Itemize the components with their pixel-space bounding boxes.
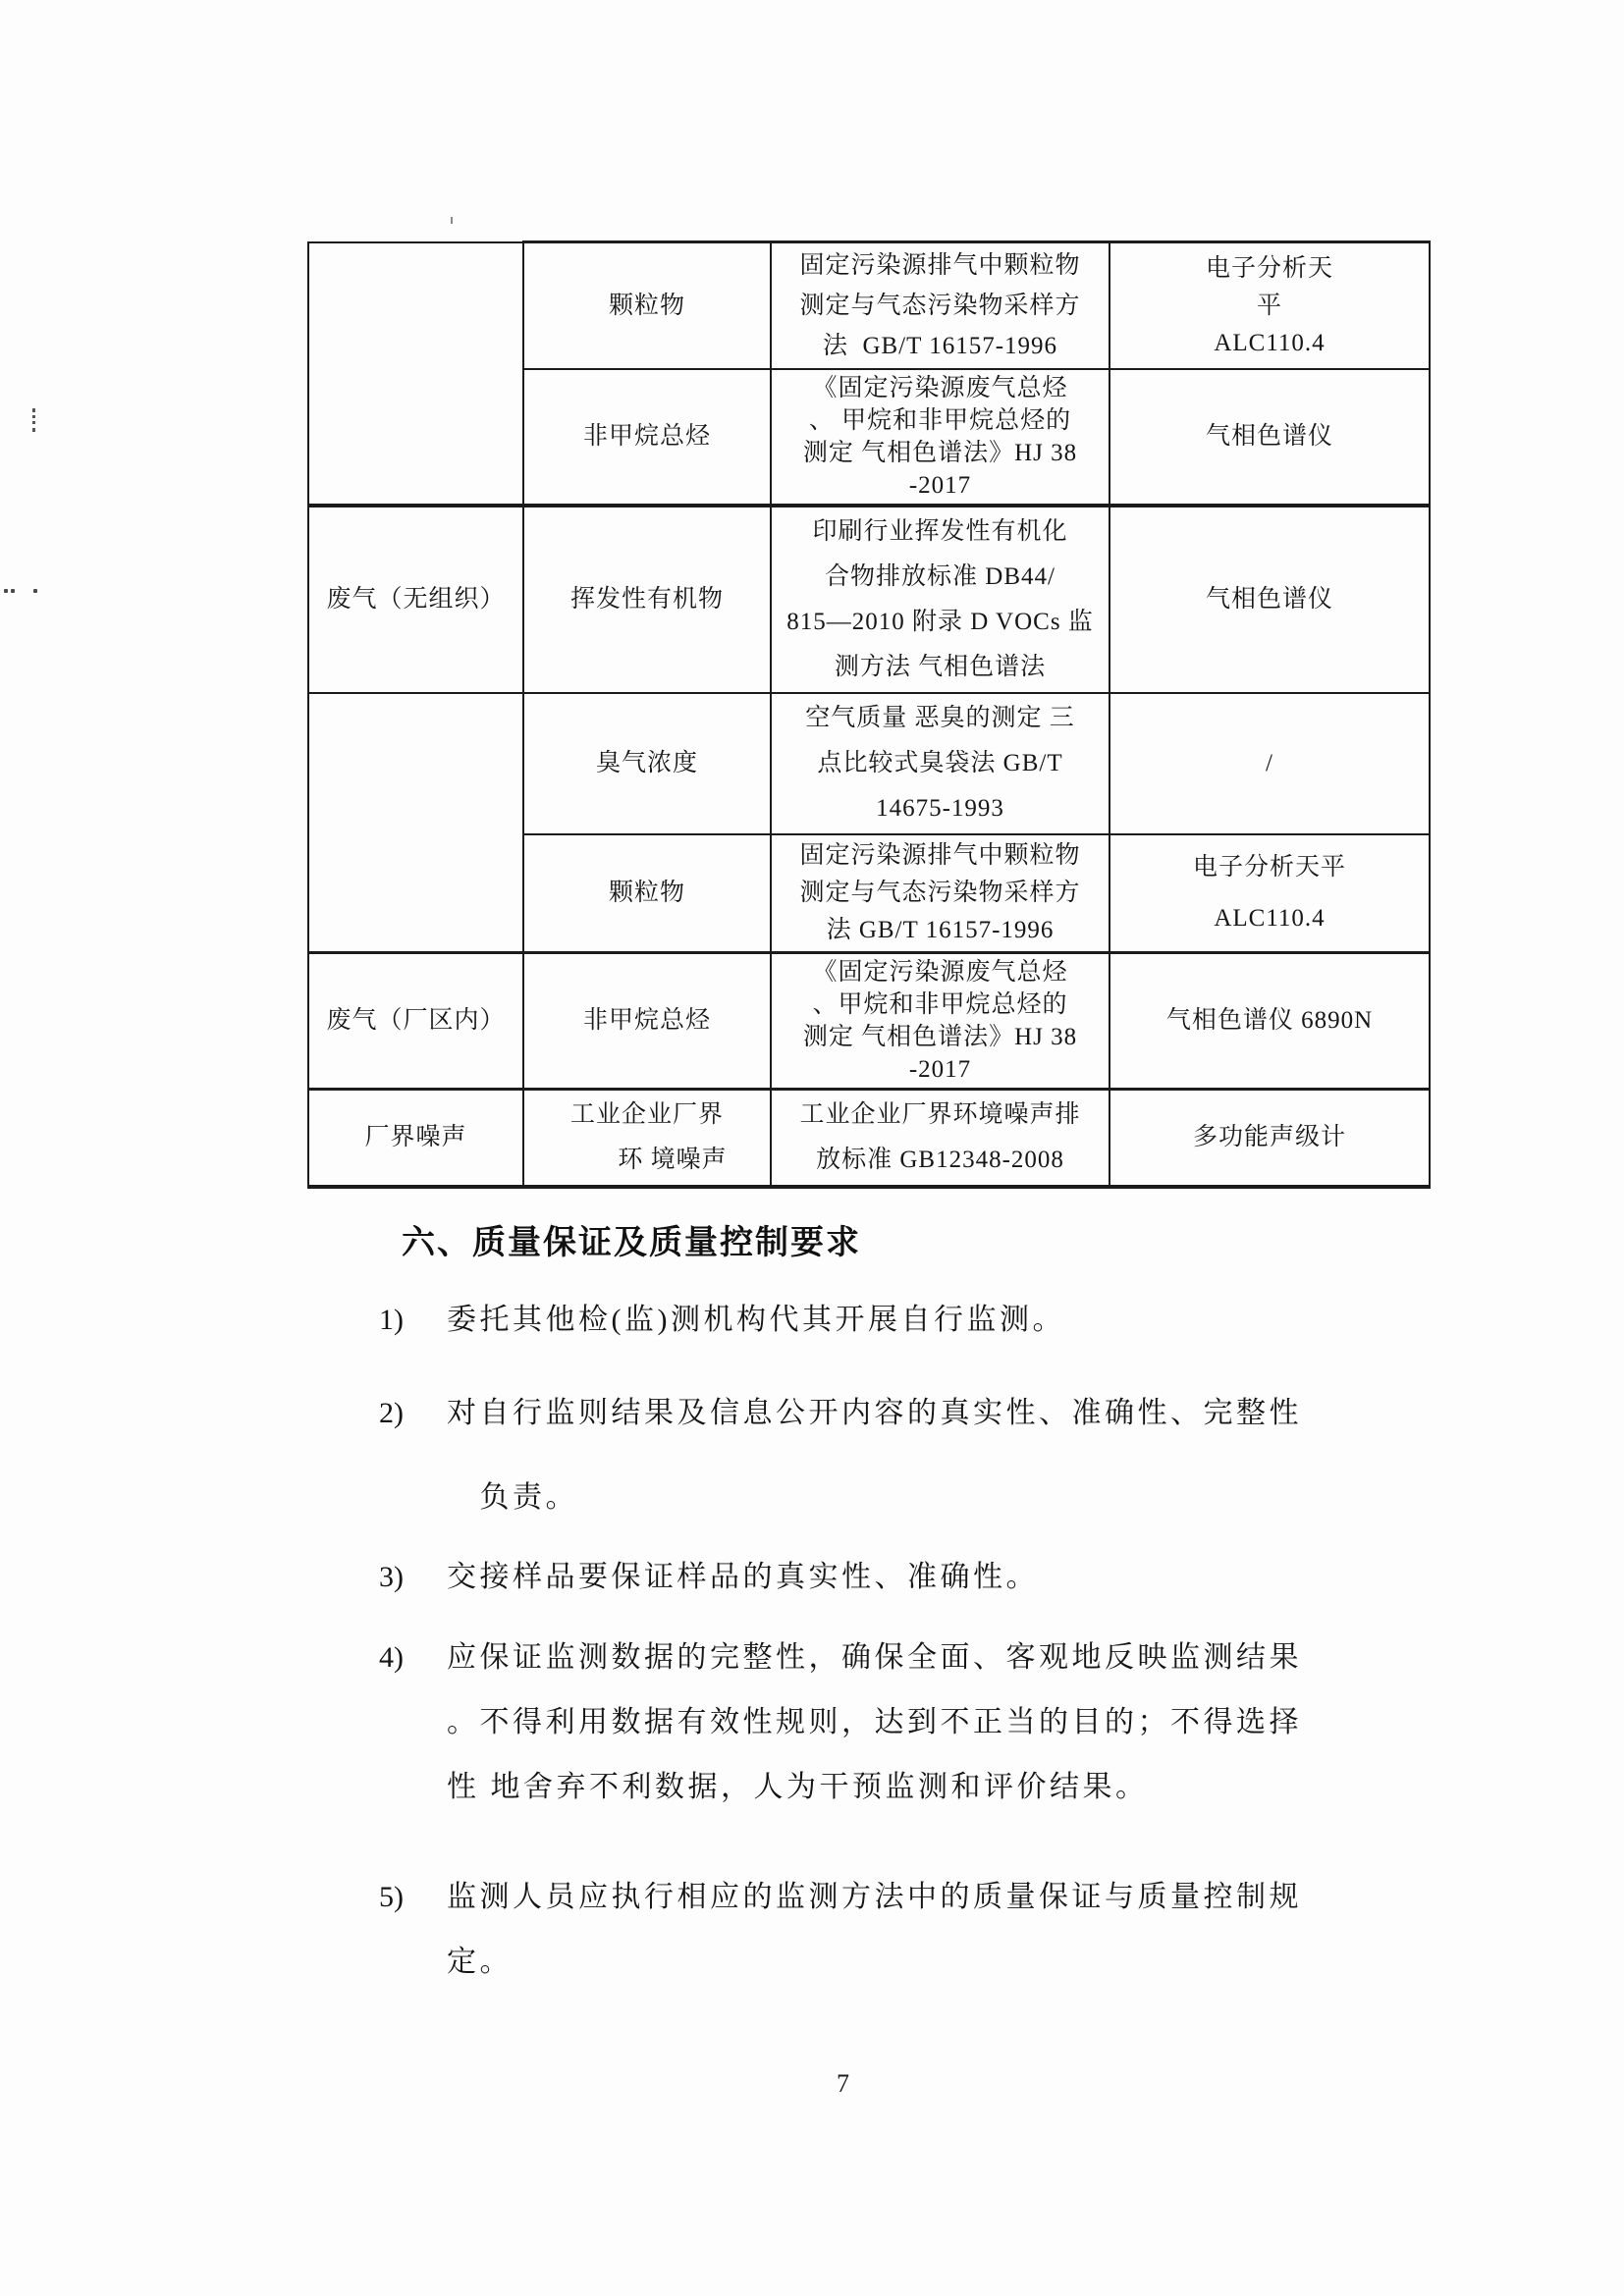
table-category-cell: 厂界噪声 — [308, 1090, 523, 1188]
list-item: 3) 交接样品要保证样品的真实性、准确性。 — [379, 1545, 1469, 1610]
list-item-number: 3) — [379, 1545, 447, 1610]
table-item-cell: 非甲烷总烃 — [523, 369, 771, 506]
table-method-cell: 空气质量 恶臭的测定 三 点比较式臭袋法 GB/T 14675-1993 — [771, 693, 1110, 834]
scan-artifact — [451, 217, 453, 224]
list-item-number: 5) — [379, 1865, 447, 1995]
table-instrument-cell: 电子分析天平 ALC110.4 — [1110, 834, 1430, 953]
table-instrument-cell: 多功能声级计 — [1110, 1090, 1430, 1188]
list-item-text: 对自行监则结果及信息公开内容的真实性、准确性、完整性 负责。 — [447, 1371, 1302, 1540]
list-item-number: 1) — [379, 1288, 447, 1353]
list-item-text: 委托其他检(监)测机构代其开展自行监测。 — [447, 1288, 1065, 1353]
table-instrument-cell: 气相色谱仪 — [1110, 369, 1430, 506]
list-item: 1) 委托其他检(监)测机构代其开展自行监测。 — [379, 1288, 1469, 1353]
scan-artifact — [11, 589, 15, 593]
table-instrument-cell: / — [1110, 693, 1430, 834]
table-method-cell: 《固定污染源废气总烃 、 甲烷和非甲烷总烃的 测定 气相色谱法》HJ 38 -2… — [771, 369, 1110, 506]
table-item-cell: 颗粒物 — [523, 242, 771, 370]
table-item-cell: 挥发性有机物 — [523, 506, 771, 693]
table-instrument-cell: 电子分析天 平 ALC110.4 — [1110, 242, 1430, 370]
page-number: 7 — [837, 2069, 849, 2099]
table-category-cell: 废气（无组织） — [308, 506, 523, 693]
scan-artifact — [32, 408, 35, 432]
table-item-cell: 非甲烷总烃 — [523, 953, 771, 1090]
scan-artifact — [4, 589, 8, 593]
scan-artifact — [33, 589, 37, 593]
table-method-cell: 固定污染源排气中颗粒物 测定与气态污染物采样方 法 GB/T 16157-199… — [771, 242, 1110, 370]
monitoring-table: 颗粒物 固定污染源排气中颗粒物 测定与气态污染物采样方 法 GB/T 16157… — [307, 240, 1431, 1189]
list-item: 4) 应保证监测数据的完整性，确保全面、客观地反映监测结果 。不得利用数据有效性… — [379, 1626, 1469, 1820]
list-item-text: 交接样品要保证样品的真实性、准确性。 — [447, 1545, 1039, 1610]
list-item: 5) 监测人员应执行相应的监测方法中的质量保证与质量控制规 定。 — [379, 1865, 1469, 1995]
table-item-cell: 工业企业厂界 环 境噪声 — [523, 1090, 771, 1188]
list-item-number: 2) — [379, 1371, 447, 1540]
list-item-text: 应保证监测数据的完整性，确保全面、客观地反映监测结果 。不得利用数据有效性规则，… — [447, 1626, 1302, 1820]
table-instrument-cell: 气相色谱仪 — [1110, 506, 1430, 693]
document-page: 颗粒物 固定污染源排气中颗粒物 测定与气态污染物采样方 法 GB/T 16157… — [0, 0, 1624, 2296]
list-item: 2) 对自行监则结果及信息公开内容的真实性、准确性、完整性 负责。 — [379, 1371, 1469, 1540]
table-method-cell: 工业企业厂界环境噪声排 放标准 GB12348-2008 — [771, 1090, 1110, 1188]
table-item-cell: 臭气浓度 — [523, 693, 771, 834]
table-category-cell: 废气（厂区内） — [308, 953, 523, 1090]
table-method-cell: 《固定污染源废气总烃 、甲烷和非甲烷总烃的 测定 气相色谱法》HJ 38 -20… — [771, 953, 1110, 1090]
table-category-cell — [308, 693, 523, 953]
list-item-number: 4) — [379, 1626, 447, 1820]
section-heading: 六、质量保证及质量控制要求 — [402, 1219, 861, 1266]
table-category-cell — [308, 242, 523, 507]
list-item-text: 监测人员应执行相应的监测方法中的质量保证与质量控制规 定。 — [447, 1865, 1302, 1995]
table-instrument-cell: 气相色谱仪 6890N — [1110, 953, 1430, 1090]
table-method-cell: 固定污染源排气中颗粒物 测定与气态污染物采样方 法 GB/T 16157-199… — [771, 834, 1110, 953]
table-item-cell: 颗粒物 — [523, 834, 771, 953]
table-method-cell: 印刷行业挥发性有机化 合物排放标准 DB44/ 815—2010 附录 D VO… — [771, 506, 1110, 693]
